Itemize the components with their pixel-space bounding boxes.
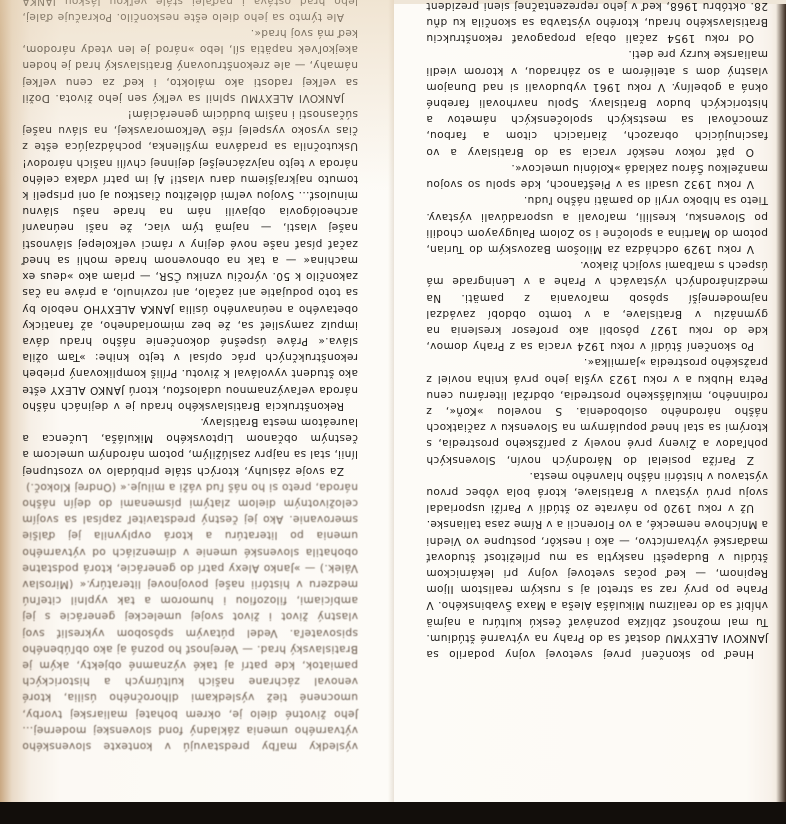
paragraph: JANKOVI ALEXYMU splnil sa veľký sen jeho… [22,25,358,106]
paragraph: Od roku 1954 začali obaja propagovať rek… [426,0,768,46]
page-left-text: výsledky maľby predstavujú v kontexte sl… [22,0,358,754]
page-gutter [388,0,394,824]
page-left: výsledky maľby predstavujú v kontexte sl… [0,0,394,824]
paragraph-faded: výsledky maľby predstavujú v kontexte sl… [22,479,358,754]
page-right-text: Hneď po skončení prvej svetovej vojny po… [426,0,768,662]
paragraph: V roku 1929 odchádza za Milošom Bazovský… [426,192,768,257]
paragraph: V roku 1932 usadil sa v Piešťanoch, kde … [426,160,768,192]
paragraph: Ale týmto sa jeho dielo ešte neskončilo.… [22,0,358,25]
paragraph: Rekonštrukcia Bratislavského hradu je v … [22,106,358,414]
paragraph: Po skončení štúdií v roku 1924 vracia sa… [426,257,768,354]
paragraph: Už v roku 1920 po návrate zo štúdií v Pa… [426,468,768,517]
paragraph: Hneď po skončení prvej svetovej vojny po… [426,516,768,662]
page-edge-shadow [776,4,786,824]
paragraph: Z Paríža posielal do Národných novín, Sl… [426,354,768,467]
page-right: Hneď po skončení prvej svetovej vojny po… [394,0,786,824]
scan-border [0,802,786,824]
book-spread: Hneď po skončení prvej svetovej vojny po… [0,0,786,824]
paragraph: Za svoje zásluhy, ktorých stále pribúdal… [22,414,358,479]
paragraph: O päť rokov neskôr vracia sa do Bratisla… [426,46,768,159]
